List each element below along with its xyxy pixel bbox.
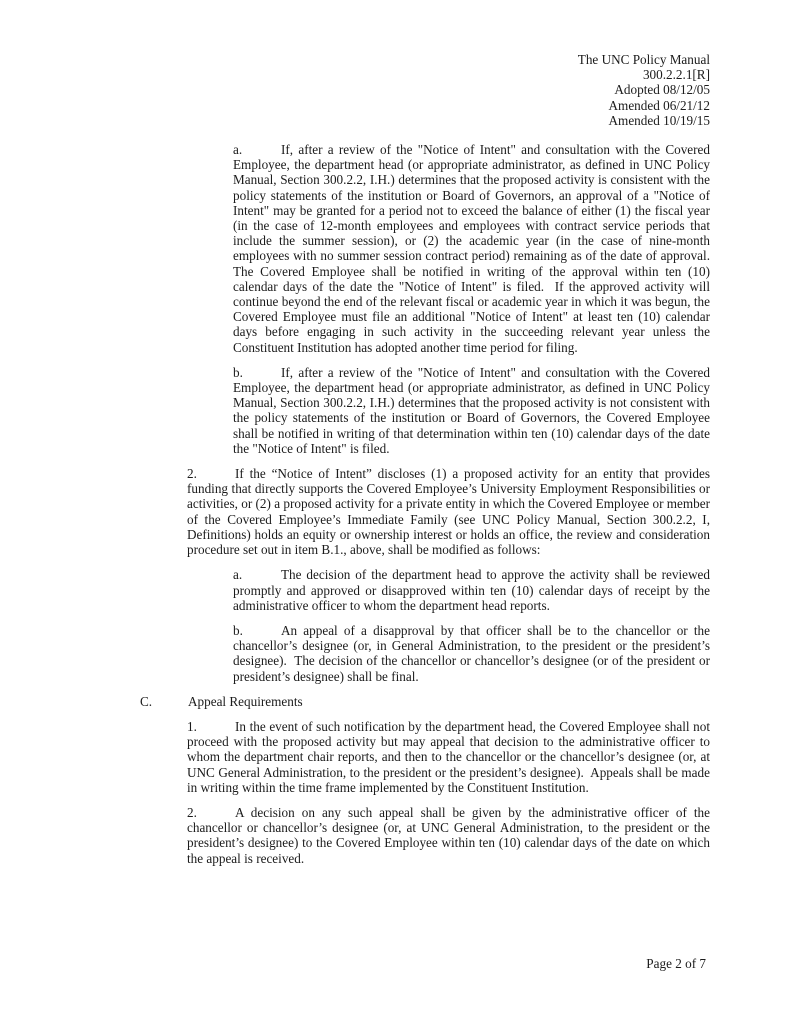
paragraph-c2-label: 2. (187, 805, 235, 820)
paragraph-c1-label: 1. (187, 719, 235, 734)
paragraph-1a-label: a. (233, 142, 281, 157)
paragraph-1a-text: If, after a review of the "Notice of Int… (233, 142, 717, 355)
paragraph-1a: a.If, after a review of the "Notice of I… (233, 142, 710, 355)
paragraph-1b-label: b. (233, 365, 281, 380)
paragraph-c2: 2.A decision on any such appeal shall be… (187, 805, 710, 866)
header-adopted-date: Adopted 08/12/05 (0, 82, 710, 97)
paragraph-c1-text: In the event of such notification by the… (187, 719, 713, 795)
paragraph-2b-label: b. (233, 623, 281, 638)
document-page: The UNC Policy Manual 300.2.2.1[R] Adopt… (0, 0, 800, 1035)
paragraph-2-text: If the “Notice of Intent” discloses (1) … (187, 466, 713, 557)
paragraph-2-label: 2. (187, 466, 235, 481)
paragraph-2a-text: The decision of the department head to a… (233, 567, 713, 612)
paragraph-2a-label: a. (233, 567, 281, 582)
header-policy-number: 300.2.2.1[R] (0, 67, 710, 82)
paragraph-c1: 1.In the event of such notification by t… (187, 719, 710, 795)
paragraph-2b-text: An appeal of a disapproval by that offic… (233, 623, 713, 684)
header-amended-date-2: Amended 10/19/15 (0, 113, 710, 128)
document-header: The UNC Policy Manual 300.2.2.1[R] Adopt… (0, 0, 710, 128)
paragraph-2a: a.The decision of the department head to… (233, 567, 710, 613)
paragraph-2: 2.If the “Notice of Intent” discloses (1… (187, 466, 710, 557)
section-c-label: C. (140, 694, 188, 709)
paragraph-c2-text: A decision on any such appeal shall be g… (187, 805, 713, 866)
paragraph-1b: b.If, after a review of the "Notice of I… (233, 365, 710, 456)
section-c-title: Appeal Requirements (188, 694, 303, 709)
paragraph-1b-text: If, after a review of the "Notice of Int… (233, 365, 713, 456)
header-amended-date-1: Amended 06/21/12 (0, 98, 710, 113)
section-c-heading: C.Appeal Requirements (140, 694, 710, 709)
page-number: Page 2 of 7 (646, 956, 706, 971)
paragraph-2b: b.An appeal of a disapproval by that off… (233, 623, 710, 684)
header-title: The UNC Policy Manual (0, 52, 710, 67)
